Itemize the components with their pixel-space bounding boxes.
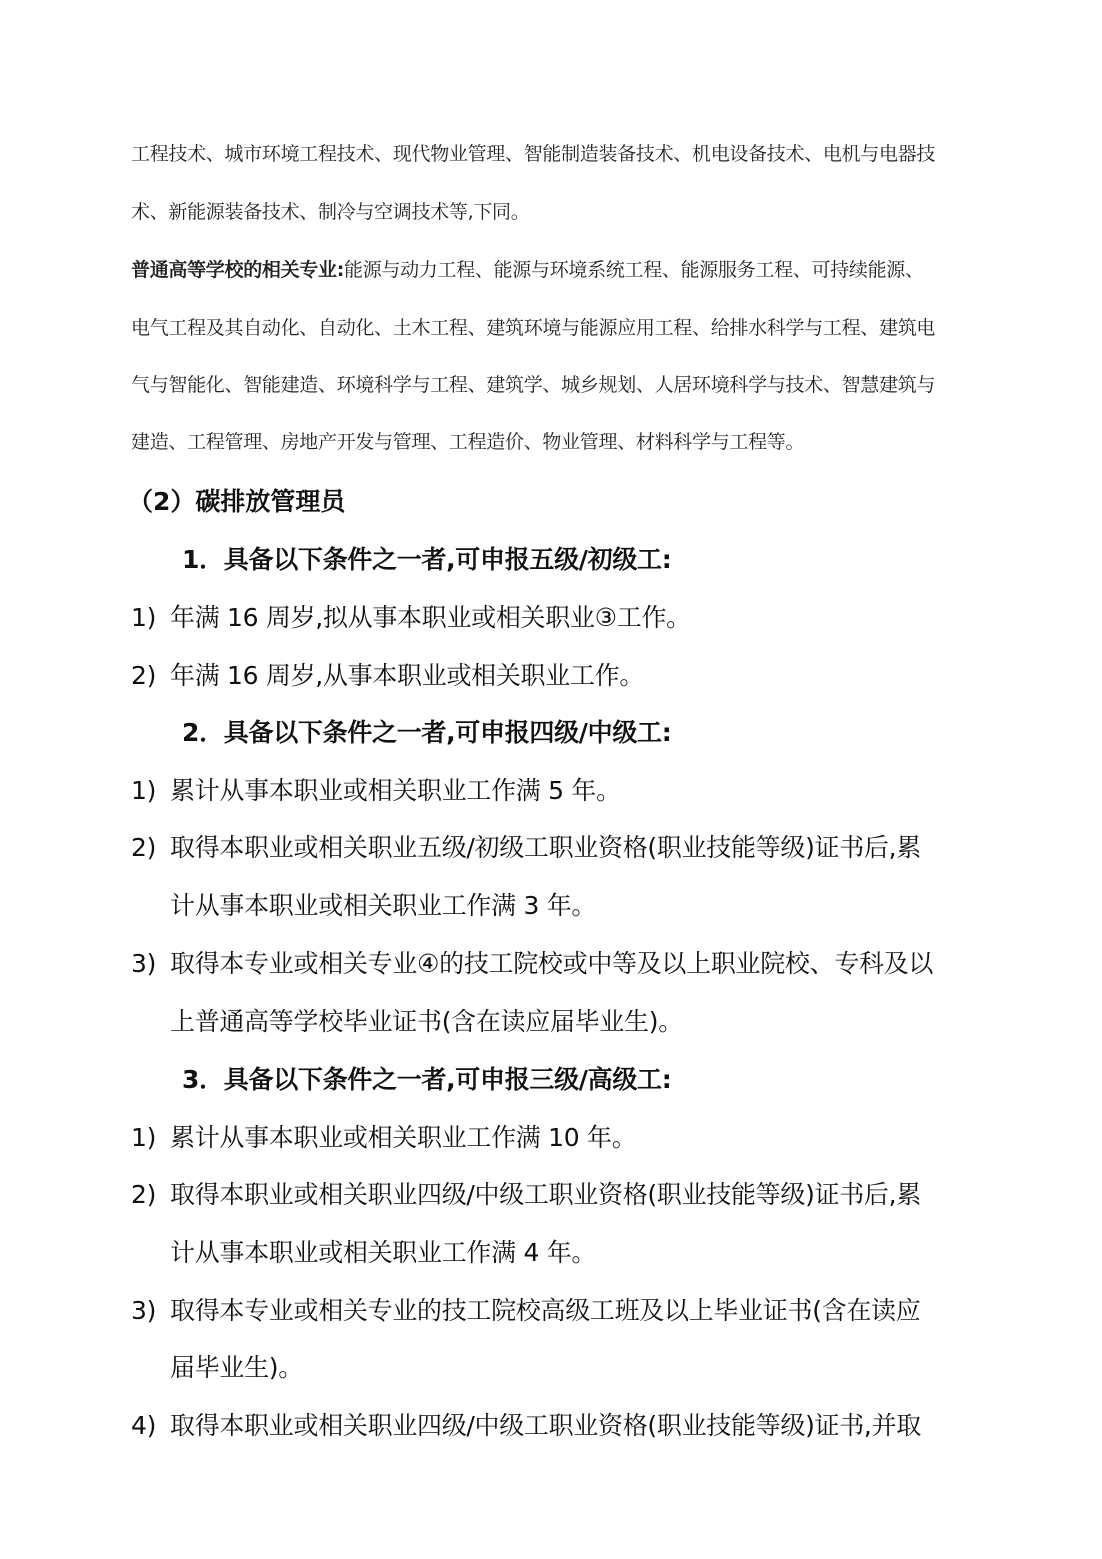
university-majors-line-4: 建造、工程管理、房地产开发与管理、工程造价、物业管理、材料科学与工程等。 xyxy=(131,427,804,454)
level-3-item-2: 2)取得本职业或相关职业四级/中级工职业资格(职业技能等级)证书后,累 xyxy=(131,1175,921,1211)
level-2-item-2: 2)取得本职业或相关职业五级/初级工职业资格(职业技能等级)证书后,累 xyxy=(131,828,921,864)
level-3-item-3-cont: 届毕业生)。 xyxy=(170,1348,303,1384)
university-majors-line-3: 气与智能化、智能建造、环境科学与工程、建筑学、城乡规划、人居环境科学与技术、智慧… xyxy=(131,370,935,397)
level-2-item-3-cont: 上普通高等学校毕业证书(含在读应届毕业生)。 xyxy=(170,1002,683,1038)
level-3-item-1: 1)累计从事本职业或相关职业工作满 10 年。 xyxy=(131,1118,636,1154)
level-2-heading: 2．具备以下条件之一者,可申报四级/中级工: xyxy=(182,713,671,749)
level-2-item-1: 1)累计从事本职业或相关职业工作满 5 年。 xyxy=(131,771,621,807)
level-1-item-1: 1)年满 16 周岁,拟从事本职业或相关职业③工作。 xyxy=(131,598,691,634)
intro-line-1: 工程技术、城市环境工程技术、现代物业管理、智能制造装备技术、机电设备技术、电机与… xyxy=(131,139,935,166)
intro-line-2: 术、新能源装备技术、制冷与空调技术等,下同。 xyxy=(131,197,529,224)
level-3-item-2-cont: 计从事本职业或相关职业工作满 4 年。 xyxy=(170,1233,596,1269)
level-2-item-2-cont: 计从事本职业或相关职业工作满 3 年。 xyxy=(170,886,596,922)
level-3-item-3: 3)取得本专业或相关专业的技工院校高级工班及以上毕业证书(含在读应 xyxy=(131,1291,920,1327)
level-3-heading: 3．具备以下条件之一者,可申报三级/高级工: xyxy=(182,1060,671,1096)
level-1-item-2: 2)年满 16 周岁,从事本职业或相关职业工作。 xyxy=(131,656,644,692)
level-2-item-3: 3)取得本专业或相关专业④的技工院校或中等及以上职业院校、专科及以 xyxy=(131,944,933,980)
university-majors-label: 普通高等学校的相关专业: xyxy=(131,259,344,281)
university-majors-line-1: 普通高等学校的相关专业:能源与动力工程、能源与环境系统工程、能源服务工程、可持续… xyxy=(131,255,924,282)
university-majors-line-2: 电气工程及其自动化、自动化、土木工程、建筑环境与能源应用工程、给排水科学与工程、… xyxy=(131,313,935,340)
section-title: （2）碳排放管理员 xyxy=(128,482,345,518)
level-1-heading: 1．具备以下条件之一者,可申报五级/初级工: xyxy=(182,540,671,576)
level-3-item-4: 4)取得本职业或相关职业四级/中级工职业资格(职业技能等级)证书,并取 xyxy=(131,1406,921,1442)
